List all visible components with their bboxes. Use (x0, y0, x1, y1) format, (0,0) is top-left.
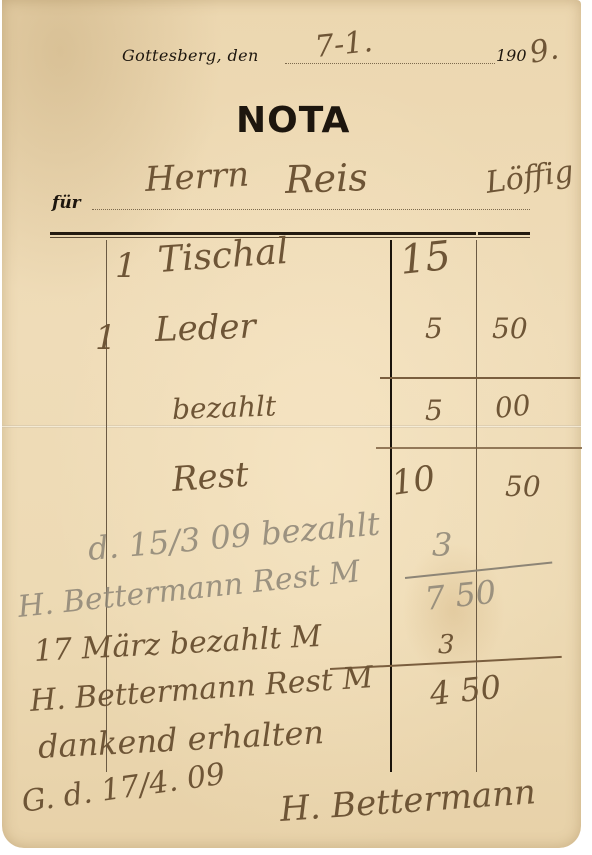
ink-note-rest-amount: 4 50 (428, 668, 503, 713)
rest-rule (376, 447, 582, 449)
paper-fold-crease (2, 425, 581, 428)
table-header-rule-right (478, 232, 530, 235)
row-4-pf: 50 (505, 470, 541, 503)
row-4-mark: 10 (389, 458, 437, 504)
row-4-item: Rest (171, 455, 250, 500)
row-1-mark: 15 (398, 233, 453, 284)
place-date-label: Gottesberg, den (122, 46, 259, 65)
row-1-qty: 1 (115, 246, 137, 286)
row-3-mark: 5 (425, 394, 443, 427)
amount-column-divider (390, 240, 392, 772)
pencil-note-rest-amount: 7 50 (423, 573, 498, 618)
document-title: NOTA (236, 100, 350, 141)
handwritten-year-suffix: 9. (527, 31, 561, 70)
ink-note-payment-amount: 3 (438, 630, 455, 660)
table-header-subrule (50, 237, 530, 238)
row-3-pf: 00 (493, 388, 532, 425)
for-label: für (52, 193, 81, 213)
year-prefix: 190 (496, 46, 527, 65)
recipient-name: Reis (284, 155, 368, 202)
row-3-item: bezahlt (171, 389, 276, 426)
recipient-dotted-line (92, 209, 530, 210)
recipient-title: Herrn (144, 155, 250, 200)
row-2-qty: 1 (95, 318, 117, 358)
pencil-note-payment-amount: 3 (432, 526, 452, 564)
row-2-mark: 5 (425, 312, 443, 345)
handwritten-date: 7-1. (313, 24, 374, 65)
subtotal-rule (380, 377, 580, 379)
row-2-pf: 50 (492, 312, 528, 345)
row-2-item: Leder (154, 306, 256, 349)
